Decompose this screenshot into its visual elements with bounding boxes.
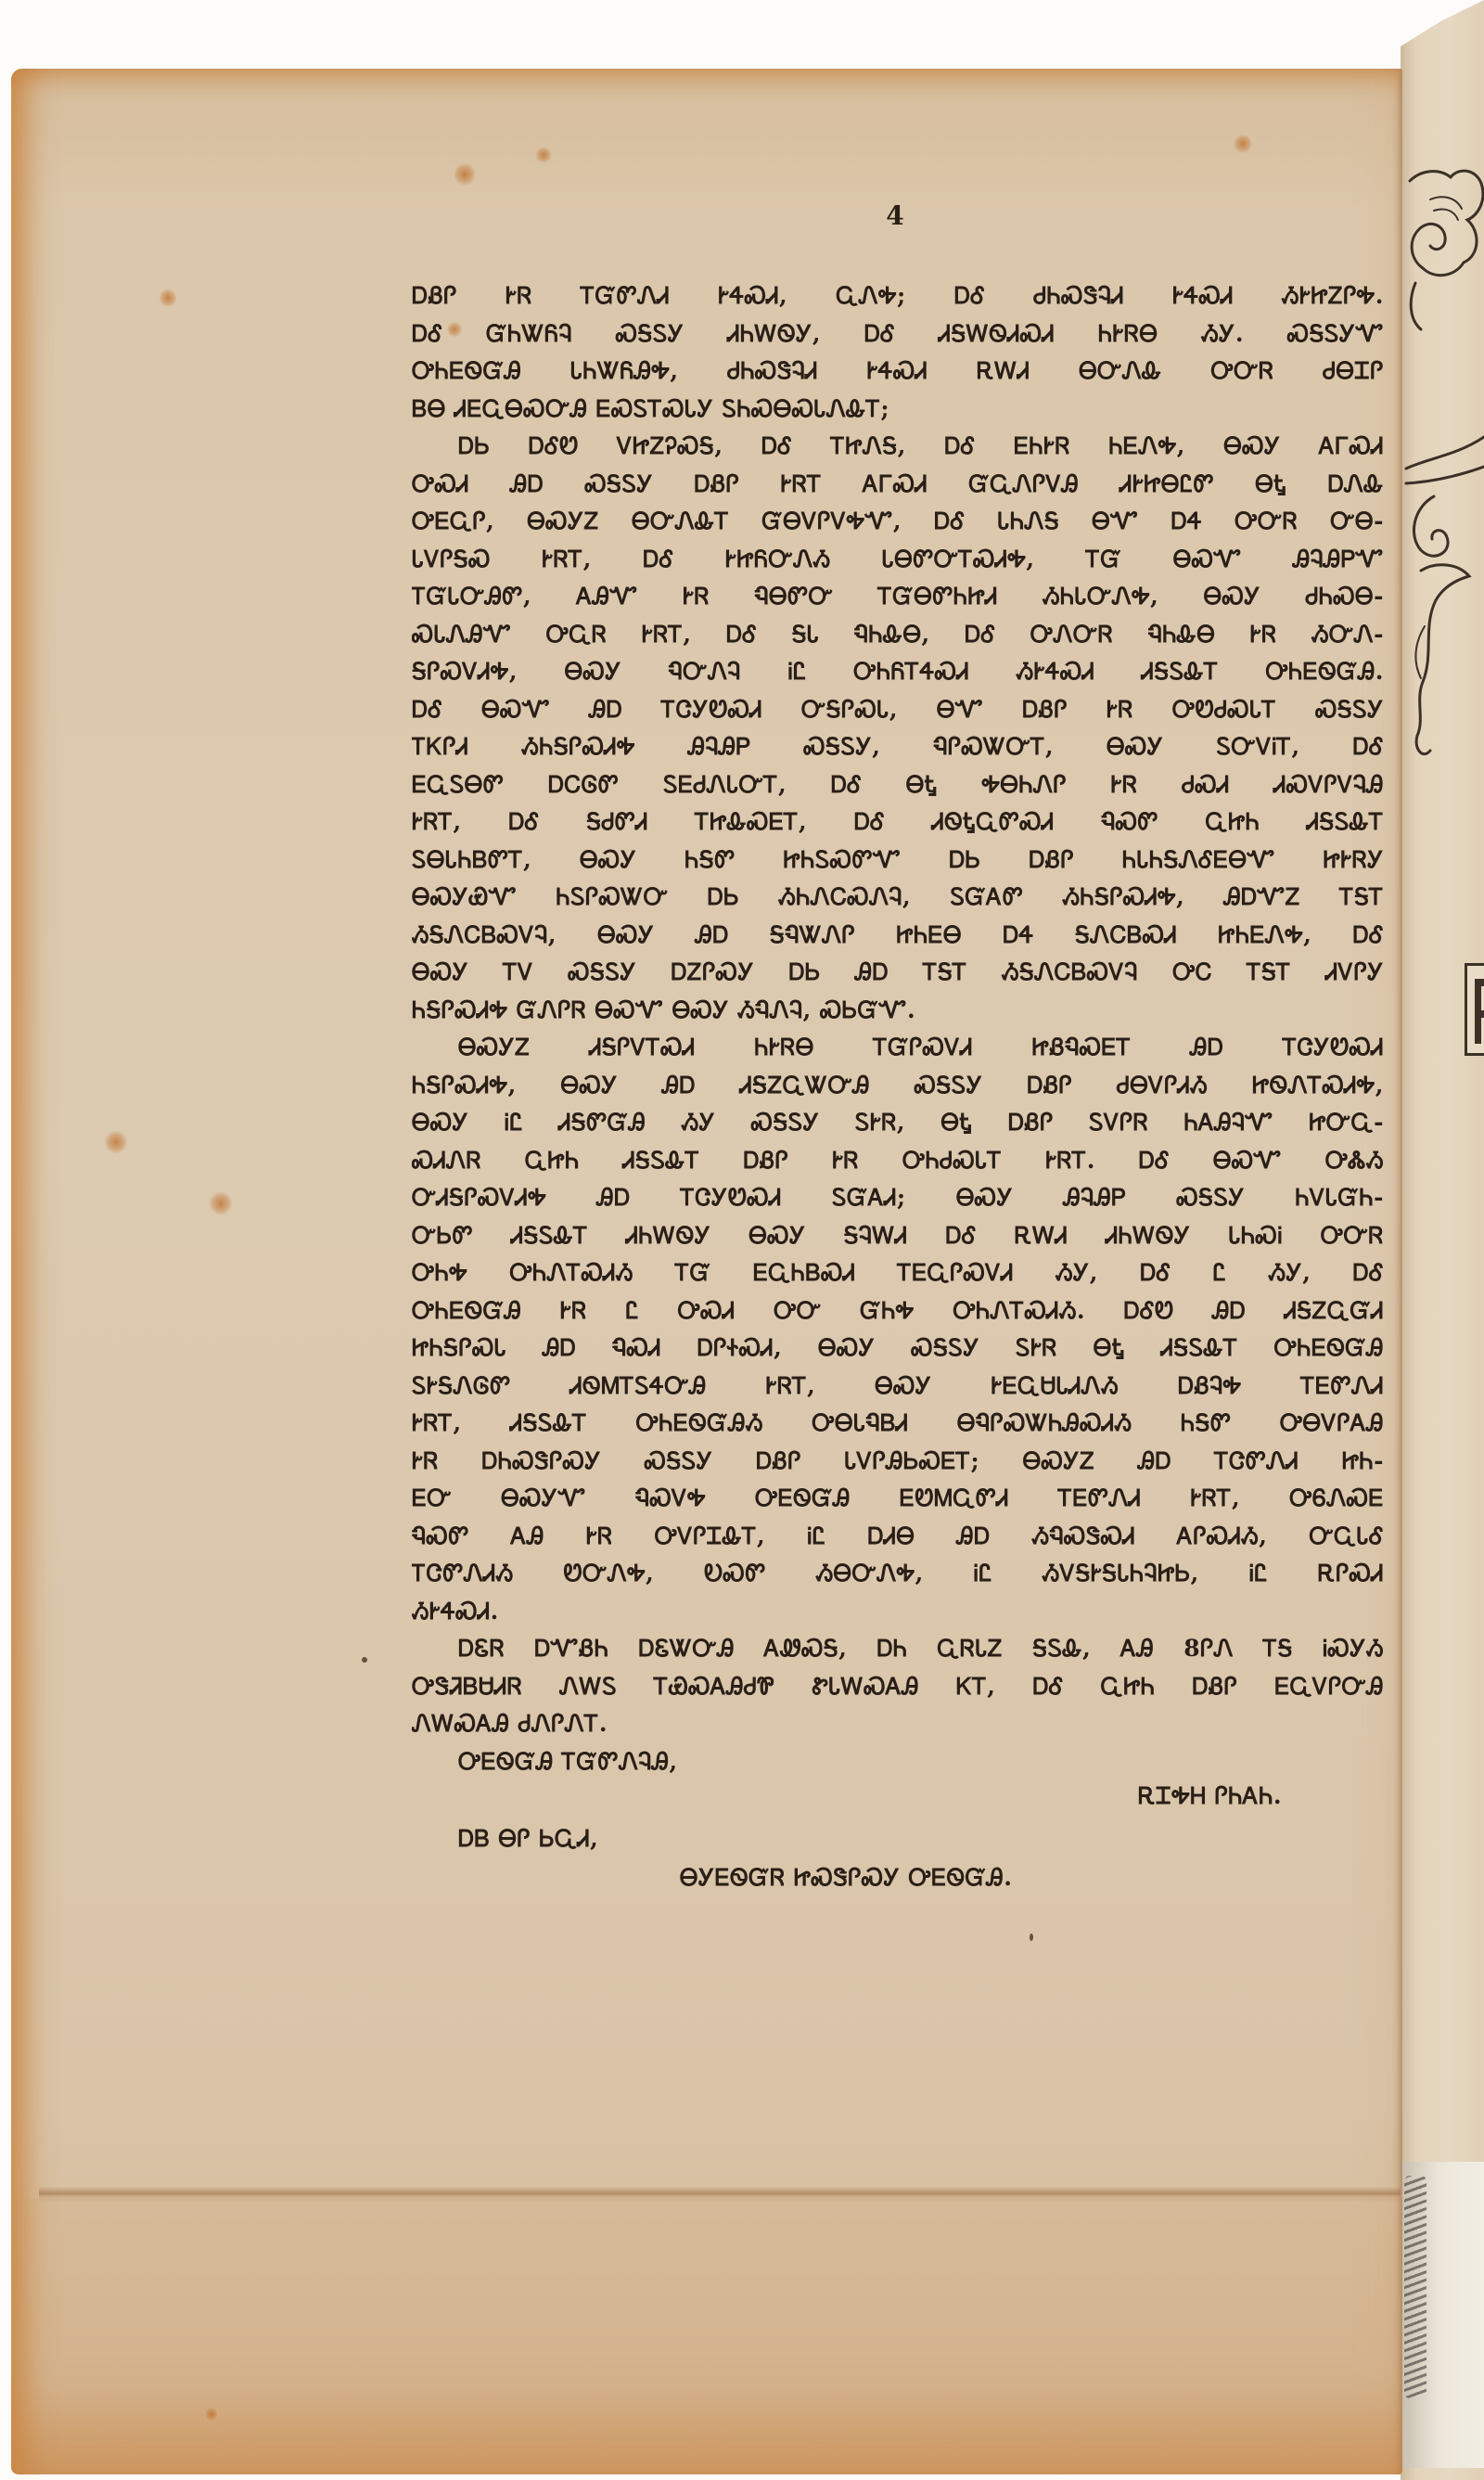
text-line: ᎢᏣᏛᏁᏗᏱ ᏬᏅᏁᎭ, ᎧᏍᏛ ᏱᎾᏅᏁᎭ, ᎥᏝ ᏱᏙᎦᎨᎦᏓᏂᎸᏥᏏ, Ꭵ… — [412, 1555, 1384, 1593]
ink-speck — [362, 1657, 367, 1663]
attestation-line: ᎤᎬᏫᏳᎯ ᎢᏳᏛᏁᎸᎯ, — [412, 1743, 1384, 1781]
foxing-spot — [104, 1130, 128, 1154]
text-line: ᎤᎬᏩᎵ, ᎾᏍᎩᏃ ᎾᏅᏁᎲᎢ ᏳᎾᏙᎵᏙᎭᏉ, ᎠᎴ ᏓᏂᏁᎦ ᎾᏉ ᎠᏎ … — [412, 503, 1384, 541]
text-line: ᎤᏍᏗ ᎯᎠ ᏍᎦᏚᎩ ᎠᏰᎵ ᎨᏒᎢ ᎪᎱᏍᏗ ᏳᏩᏁᎵᏙᎯ ᏗᎨᏥᎾᏝᏛ Ꮎ… — [412, 466, 1384, 504]
secretary-title: ᎾᎩᎬᏫᏳᏒ ᏥᏍᏕᎵᏍᎩ ᎤᎬᏫᏳᎯ. — [680, 1859, 1012, 1896]
text-line: ᎨᏒ ᎠᏂᏍᏕᎵᏍᎩ ᏍᎦᏚᎩ ᎠᏰᎵ ᏓᏙᎵᎯᏏᏍᎬᎢ; ᎾᏍᎩᏃ ᎯᎠ ᎢᏣ… — [412, 1443, 1384, 1481]
text-line: ᎠᏏ ᎠᎴᏬ ᏙᏥᏃᎮᏍᎦ, ᎠᎴ ᎢᏥᏁᎦ, ᎠᎴ ᎬᏂᎨᏒ ᏂᎬᏁᎭ, ᎾᏍ… — [412, 428, 1384, 466]
paragraph: ᎠᏋᏒ ᎠᏉᏰᏂ ᎠᏋᏔᏅᎯ ᎪᏪᏍᎦ, ᎠᏂ ᏩᏒᏓᏃ ᎦᏚᎲ, ᎪᎯ 8ᎵᏁ… — [412, 1630, 1384, 1743]
ink-speck — [1030, 1934, 1033, 1941]
text-line: ᎾᏍᎩᏯᏉ ᏂᏚᎵᏍᏔᏅ ᎠᏏ ᏱᏂᏁᏟᏍᏁᎸ, ᏚᏳᎪᏛ ᏱᏂᎦᎵᏍᏗᎭ, Ꭿ… — [412, 879, 1384, 917]
text-line: ᎢᏳᏓᏅᎯᏛ, ᎪᎯᏉ ᎨᏒ ᏄᎾᏛᏅ ᎢᏳᎾᏛᏂᏥᏗ ᏱᏂᏓᏅᏁᎭ, ᎾᏍᎩ … — [412, 578, 1384, 616]
text-line: ᎠᏰᎵ ᎨᏒ ᎢᏳᏛᏁᏗ ᎨᏎᏍᏗ, ᏩᏁᎭ; ᎠᎴ ᏧᏂᏍᏕᎸᏗ ᎨᏎᏍᏗ Ᏹ… — [412, 277, 1384, 315]
text-line: ᏁᎳᏍᎪᎯ ᏧᏁᎵᏁᎢ. — [412, 1705, 1384, 1743]
text-line: ᎠᎴ ᏳᏂᏔᏲᎸ ᏍᎦᏚᎩ ᏗᏂᎳᏫᎩ, ᎠᎴ ᏗᎦᎳᏫᏗᏍᏗ ᏂᎨᏒᎾ ᏱᎩ.… — [412, 315, 1384, 353]
letter-stroke — [1475, 1010, 1484, 1018]
text-line: ᏚᎾᏓᏂᏴᏛᎢ, ᎾᏍᎩ ᏂᎦᏛ ᏥᏂᏚᏍᏛᏉ ᎠᏏ ᎠᏰᎵ ᏂᏓᏂᎦᏁᎴᎬᎾᏉ… — [412, 842, 1384, 880]
cropped-heading-box — [1465, 963, 1484, 1056]
paragraph: ᎾᏍᎩᏃ ᏗᎦᎵᏙᎢᏍᏗ ᏂᎨᏒᎾ ᎢᏳᎵᏍᏙᏗ ᏥᏰᏄᏍᎬᎢ ᎯᎠ ᎢᏣᎩᏬᏍ… — [412, 1029, 1384, 1630]
text-line: ᎨᏒᎢ, ᏗᎦᏚᎲᎢ ᎤᏂᎬᏫᏳᎯᏱ ᎤᎾᏓᏄᏴᏗ ᎾᏄᎵᏍᏔᏂᎯᏍᏗᏱ ᏂᎦᏛ… — [412, 1405, 1384, 1443]
foxing-spot — [160, 288, 176, 308]
text-line: ᎦᎵᏍᏙᏗᎭ, ᎾᏍᎩ ᏄᏅᏁᎸ ᎥᏝ ᎤᏂᏲᎢᏎᏍᏗ ᏱᎨᏎᏍᏗ ᏗᎦᏚᎲᎢ … — [412, 653, 1384, 691]
paragraph: ᎠᏏ ᎠᎴᏬ ᏙᏥᏃᎮᏍᎦ, ᎠᎴ ᎢᏥᏁᎦ, ᎠᎴ ᎬᏂᎨᏒ ᏂᎬᏁᎭ, ᎾᏍ… — [412, 428, 1384, 1029]
text-line: ᎬᏩᏚᎾᏛ ᎠᏟᎶᏛ ᏚᎬᏧᏁᏓᏅᎢ, ᎠᎴ ᎾᎿ ᎭᎾᏂᏁᎵ ᎨᏒ ᏧᏍᏗ Ꮧ… — [412, 766, 1384, 804]
foxing-spot — [206, 2407, 217, 2422]
ornament-scroll-icon — [1402, 162, 1484, 793]
text-line: ᏚᎨᎦᏁᎶᏛ ᏗᏫᎷᎢᏚᏎᏅᎯ ᎨᏒᎢ, ᎾᏍᎩ ᎨᎬᏩᏌᏓᏗᏁᏱ ᎠᏰᎸᎭ Ꭲ… — [412, 1368, 1384, 1406]
text-line: ᎾᏍᎩᏃ ᏗᎦᎵᏙᎢᏍᏗ ᏂᎨᏒᎾ ᎢᏳᎵᏍᏙᏗ ᏥᏰᏄᏍᎬᎢ ᎯᎠ ᎢᏣᎩᏬᏍ… — [412, 1029, 1384, 1067]
text-line: ᏱᎨᏎᏍᏗ. — [412, 1593, 1384, 1631]
text-line: ᏍᏗᏁᏒ ᏩᏥᏂ ᏗᎦᏚᎲᎢ ᎠᏰᎵ ᎨᏒ ᎤᏂᏧᏍᏓᎢ ᎨᏒᎢ. ᎠᎴ ᎾᏍᏉ… — [412, 1142, 1384, 1180]
text-line: ᎢᏦᎵᏗ ᏱᏂᎦᎵᏍᏗᎭ ᎯᎸᎯᏢ ᏍᎦᏚᎩ, ᏄᎵᏍᏔᏅᎢ, ᎾᏍᎩ ᏚᏅᏙᎥ… — [412, 728, 1384, 766]
paragraph: ᎠᏰᎵ ᎨᏒ ᎢᏳᏛᏁᏗ ᎨᏎᏍᏗ, ᏩᏁᎭ; ᎠᎴ ᏧᏂᏍᏕᎸᏗ ᎨᏎᏍᏗ Ᏹ… — [412, 277, 1384, 428]
page-lower-fold-area — [11, 2199, 1402, 2474]
text-line: ᎤᏂᎬᏫᏳᎯ ᎨᏒ Ꮭ ᎤᏍᏗ ᎤᏅ ᏳᏂᎭ ᎤᏂᏁᎢᏍᏗᏱ. ᎠᎴᏬ ᎯᎠ Ꮧ… — [412, 1292, 1384, 1330]
text-line: ᎤᏂᎬᏫᏳᎯ ᏓᏂᏔᏲᎯᎭ, ᏧᏂᏍᏕᎸᏗ ᎨᏎᏍᏗ ᎡᎳᏗ ᎾᏅᏁᎲ ᎤᏅᏒ … — [412, 353, 1384, 391]
page-number: 4 — [879, 198, 911, 235]
page-fold-crease — [39, 2187, 1401, 2202]
secretary-name: ᎠᏴ ᎾᎵ ᏏᏩᏗ, — [458, 1820, 598, 1857]
text-line: ᏓᏙᎵᎦᏍ ᎨᏒᎢ, ᎠᎴ ᎨᏥᏲᏅᏁᏱ ᏓᎾᏛᏅᎢᏍᏗᎭ, ᎢᏳ ᎾᏍᏉ ᎯᎸ… — [412, 541, 1384, 579]
foxing-spot — [1234, 134, 1252, 154]
text-line: ᎠᎴ ᎾᏍᏉ ᎯᎠ ᎢᏣᎩᏬᏍᏗ ᏅᎦᎵᏍᏓ, ᎾᏉ ᎠᏰᎵ ᎨᏒ ᎤᏬᏧᏍᏓᎢ… — [412, 691, 1384, 729]
president-signature: ᎡᏆᎭᎻ ᎵᏂᎪᏂ. — [1138, 1778, 1282, 1815]
text-line: ᎾᏍᎩ ᎢᏙ ᏍᎦᏚᎩ ᎠᏃᎵᏍᎩ ᎠᏏ ᎯᎠ ᎢᎦᎢ ᏱᎦᏁᏟᏴᏍᏙᎸ ᎤᏟ … — [412, 954, 1384, 992]
text-line: ᏂᎦᎵᏍᏗᎭ, ᎾᏍᎩ ᎯᎠ ᏗᎦᏃᏩᏔᏅᎯ ᏍᎦᏚᎩ ᎠᏰᎵ ᏧᎾᏙᎵᏗᏱ Ꮵ… — [412, 1067, 1384, 1105]
text-line: ᎬᏅ ᎾᏍᎩᏉ ᏄᏍᏙᎭ ᎤᎬᏫᏳᎯ ᎬᏬᎷᏩᏛᏗ ᎢᎬᏛᏁᏗ ᎨᏒᎢ, ᎤᏮᏁ… — [412, 1480, 1384, 1518]
text-line: ᏂᎦᎵᏍᏗᎭ ᏳᏁᎵᏒ ᎾᏍᏉ ᎾᏍᎩ ᏱᏄᏁᎸ, ᏍᏏᏳᏉ. — [412, 992, 1384, 1030]
body-text: ᎠᏰᎵ ᎨᏒ ᎢᏳᏛᏁᏗ ᎨᏎᏍᏗ, ᏩᏁᎭ; ᎠᎴ ᏧᏂᏍᏕᎸᏗ ᎨᏎᏍᏗ Ᏹ… — [412, 277, 1384, 1780]
text-line: ᏅᏏᏛ ᏗᎦᏚᎲᎢ ᏗᏂᎳᏫᎩ ᎾᏍᎩ ᎦᎸᎳᏗ ᎠᎴ ᎡᎳᏗ ᏗᏂᎳᏫᎩ ᏓᏂ… — [412, 1217, 1384, 1255]
foxing-spot — [209, 1191, 233, 1215]
text-line: ᎠᏋᏒ ᎠᏉᏰᏂ ᎠᏋᏔᏅᎯ ᎪᏪᏍᎦ, ᎠᏂ ᏩᏒᏓᏃ ᎦᏚᎲ, ᎪᎯ 8ᎵᏁ… — [412, 1630, 1384, 1668]
text-line: ᏍᏓᏁᎯᏉ ᎤᏩᏒ ᎨᏒᎢ, ᎠᎴ ᎦᏓ ᏄᏂᎲᎾ, ᎠᎴ ᎤᏁᏅᏒ ᏄᏂᎲᎾ … — [412, 616, 1384, 654]
text-line: ᎾᏍᎩ ᎥᏝ ᏗᎦᏛᏳᎯ ᏱᎩ ᏍᎦᏚᎩ ᏚᎨᏒ, ᎾᎿ ᎠᏰᎵ ᏚᏙᎵᏒ ᏂᎪ… — [412, 1104, 1384, 1142]
foxing-spot — [535, 147, 552, 163]
text-line: ᏅᏗᎦᎵᏍᏙᏗᎭ ᎯᎠ ᎢᏣᎩᏬᏍᏗ ᏚᏳᎪᏗ; ᎾᏍᎩ ᎯᎸᎯᏢ ᏍᎦᏚᎩ Ꮒ… — [412, 1179, 1384, 1217]
foxing-spot — [454, 161, 475, 187]
text-line: ᎨᏒᎢ, ᎠᎴ ᎦᏧᏛᏗ ᎢᏥᎲᏍᎬᎢ, ᎠᎴ ᏗᏫᎿᏩᏛᏍᏗ ᏄᏍᏛ ᏩᏥᏂ … — [412, 803, 1384, 842]
text-line: ᎤᏕᏘᏴᏌᏗᏒ ᏁᎳᏚ ᎢᏯᏍᎪᎯᏧᏈ ᏑᏓᎳᏍᎪᎯ ᏦᎢ, ᎠᎴ ᏩᏥᏂ ᎠᏰ… — [412, 1668, 1384, 1706]
text-line: ᏱᎦᏁᏟᏴᏍᏙᎸ, ᎾᏍᎩ ᎯᎠ ᎦᏄᏔᏁᎵ ᏥᏂᎬᎾ ᎠᏎ ᎦᏁᏟᏴᏍᏗ ᏥᏂ… — [412, 917, 1384, 955]
text-line: ᎤᏂᎭ ᎤᏂᏁᎢᏍᏗᏱ ᎢᏳ ᎬᏩᏂᏴᏍᏗ ᎢᎬᏩᎵᏍᏙᏗ ᏱᎩ, ᎠᎴ Ꮭ Ᏹ… — [412, 1254, 1384, 1292]
text-line: ᏴᎾ ᏗᎬᏩᎾᏍᏅᎯ ᎬᏍᏚᎢᏍᏓᎩ ᏚᏂᏍᎾᏍᏓᏁᎲᎢ; — [412, 391, 1384, 429]
facing-page-text-fragment — [1404, 2176, 1426, 2398]
text-line: ᏥᏂᎦᎵᏍᏓ ᎯᎠ ᏄᏍᏗ ᎠᎵᏐᏍᏗ, ᎾᏍᎩ ᏍᎦᏚᎩ ᏚᎨᏒ ᎾᎿ ᏗᎦᏚ… — [412, 1330, 1384, 1368]
text-line: ᏄᏍᏛ ᎪᎯ ᎨᏒ ᎤᏙᎵᏆᎲᎢ, ᎥᏝ ᎠᏗᎾ ᎯᎠ ᏱᏄᏍᏕᏍᏗ ᎪᎵᏍᏗᏱ… — [412, 1518, 1384, 1556]
